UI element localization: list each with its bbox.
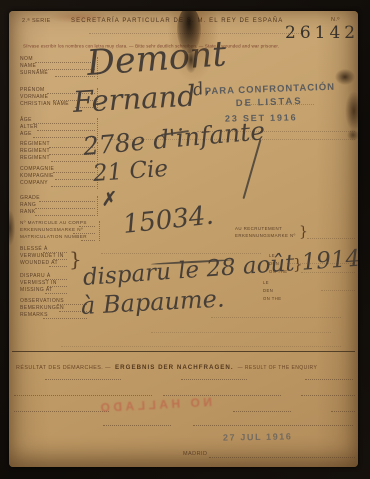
madrid-label: MADRID bbox=[183, 452, 207, 458]
field-label-age-fr: ÂGE bbox=[20, 118, 32, 123]
field-label-observations-de: BEMERKUNGEN bbox=[20, 306, 64, 311]
handwriting-matricule: 15034. bbox=[121, 201, 215, 240]
result-heading: RÉSULTAT DES DÉMARCHES. — ERGEBNIS DER N… bbox=[16, 356, 317, 374]
record-card: 2.ª SERIE SECRETARÍA PARTICULAR DE S. M.… bbox=[9, 11, 358, 467]
confrontacion-date-stamp: 23 SET 1916 bbox=[225, 112, 298, 123]
field-label-compagnie-de: KOMPAGNIE bbox=[20, 174, 54, 179]
field-label-age-de: ALTER bbox=[20, 125, 38, 130]
field-label-prenom-fr: PRÉNOM bbox=[20, 88, 45, 93]
field-label-nom-de: NAME bbox=[20, 64, 36, 69]
side-label-recruit-fr: AU RECRUTEMENT bbox=[235, 227, 282, 231]
field-label-prenom-en: CHRISTIAN NAME bbox=[20, 102, 69, 107]
handwriting-place: à Bapaume. bbox=[80, 285, 225, 320]
field-label-matricule-fr: Nº MATRICULE AU CORPS bbox=[20, 221, 87, 226]
field-label-grade-de: RANG bbox=[20, 203, 36, 208]
received-date-stamp: 27 JUL 1916 bbox=[223, 431, 293, 442]
side-label-recruit-de: ERKENNUNGSMARKE Nº bbox=[235, 234, 296, 238]
handwriting-surname: Demont bbox=[86, 34, 228, 84]
pen-slash-stroke bbox=[242, 139, 261, 199]
handwriting-rank-mark: ✗ bbox=[99, 189, 117, 211]
card-title: SECRETARÍA PARTICULAR DE S. M. EL REY DE… bbox=[71, 18, 283, 24]
scanned-card-background: 2.ª SERIE SECRETARÍA PARTICULAR DE S. M.… bbox=[0, 0, 370, 479]
recruit-brace: } bbox=[299, 224, 308, 240]
result-divider bbox=[12, 351, 355, 352]
result-heading-fr: RÉSULTAT DES DÉMARCHES. — bbox=[16, 365, 111, 371]
field-label-prenom-de: VORNAME bbox=[20, 95, 48, 100]
field-label-nom-fr: NOM bbox=[20, 57, 33, 62]
field-label-compagnie-en: COMPANY bbox=[20, 181, 48, 186]
field-label-regiment-en: REGIMENT bbox=[20, 156, 50, 161]
handwriting-company: 21 Cie bbox=[92, 156, 169, 187]
field-label-regiment-de: REGIMENT bbox=[20, 149, 50, 154]
blesse-brace: } bbox=[69, 247, 82, 271]
result-heading-de: ERGEBNIS DER NACHFRAGEN. bbox=[115, 364, 234, 371]
field-label-matricule-en: MATRICULATION NUMBER bbox=[20, 235, 87, 240]
series-label: 2.ª SERIE bbox=[22, 19, 51, 25]
date-bracket2-de: DEN bbox=[263, 289, 273, 293]
field-label-grade-en: RANK bbox=[20, 210, 36, 215]
date-bracket2-fr: LE bbox=[263, 281, 269, 285]
not-found-stamp: NO HALLADO bbox=[97, 396, 212, 414]
date-bracket2-en: ON THE bbox=[263, 297, 281, 301]
field-label-age-en: AGE bbox=[20, 132, 32, 137]
field-label-grade-fr: GRADE bbox=[20, 196, 40, 201]
handwriting-firstname: Fernand bbox=[72, 79, 196, 119]
confrontacion-stamp: PARA CONFRONTACIÓN DE LISTAS bbox=[205, 82, 334, 110]
field-label-compagnie-fr: COMPAGNIE bbox=[20, 167, 54, 172]
result-heading-en: — RESULT OF THE ENQUIRY bbox=[238, 365, 318, 371]
field-label-regiment-fr: RÉGIMENT bbox=[20, 142, 50, 147]
field-label-nom-en: SURNAME bbox=[20, 71, 48, 76]
card-number: 26142 bbox=[285, 25, 358, 42]
